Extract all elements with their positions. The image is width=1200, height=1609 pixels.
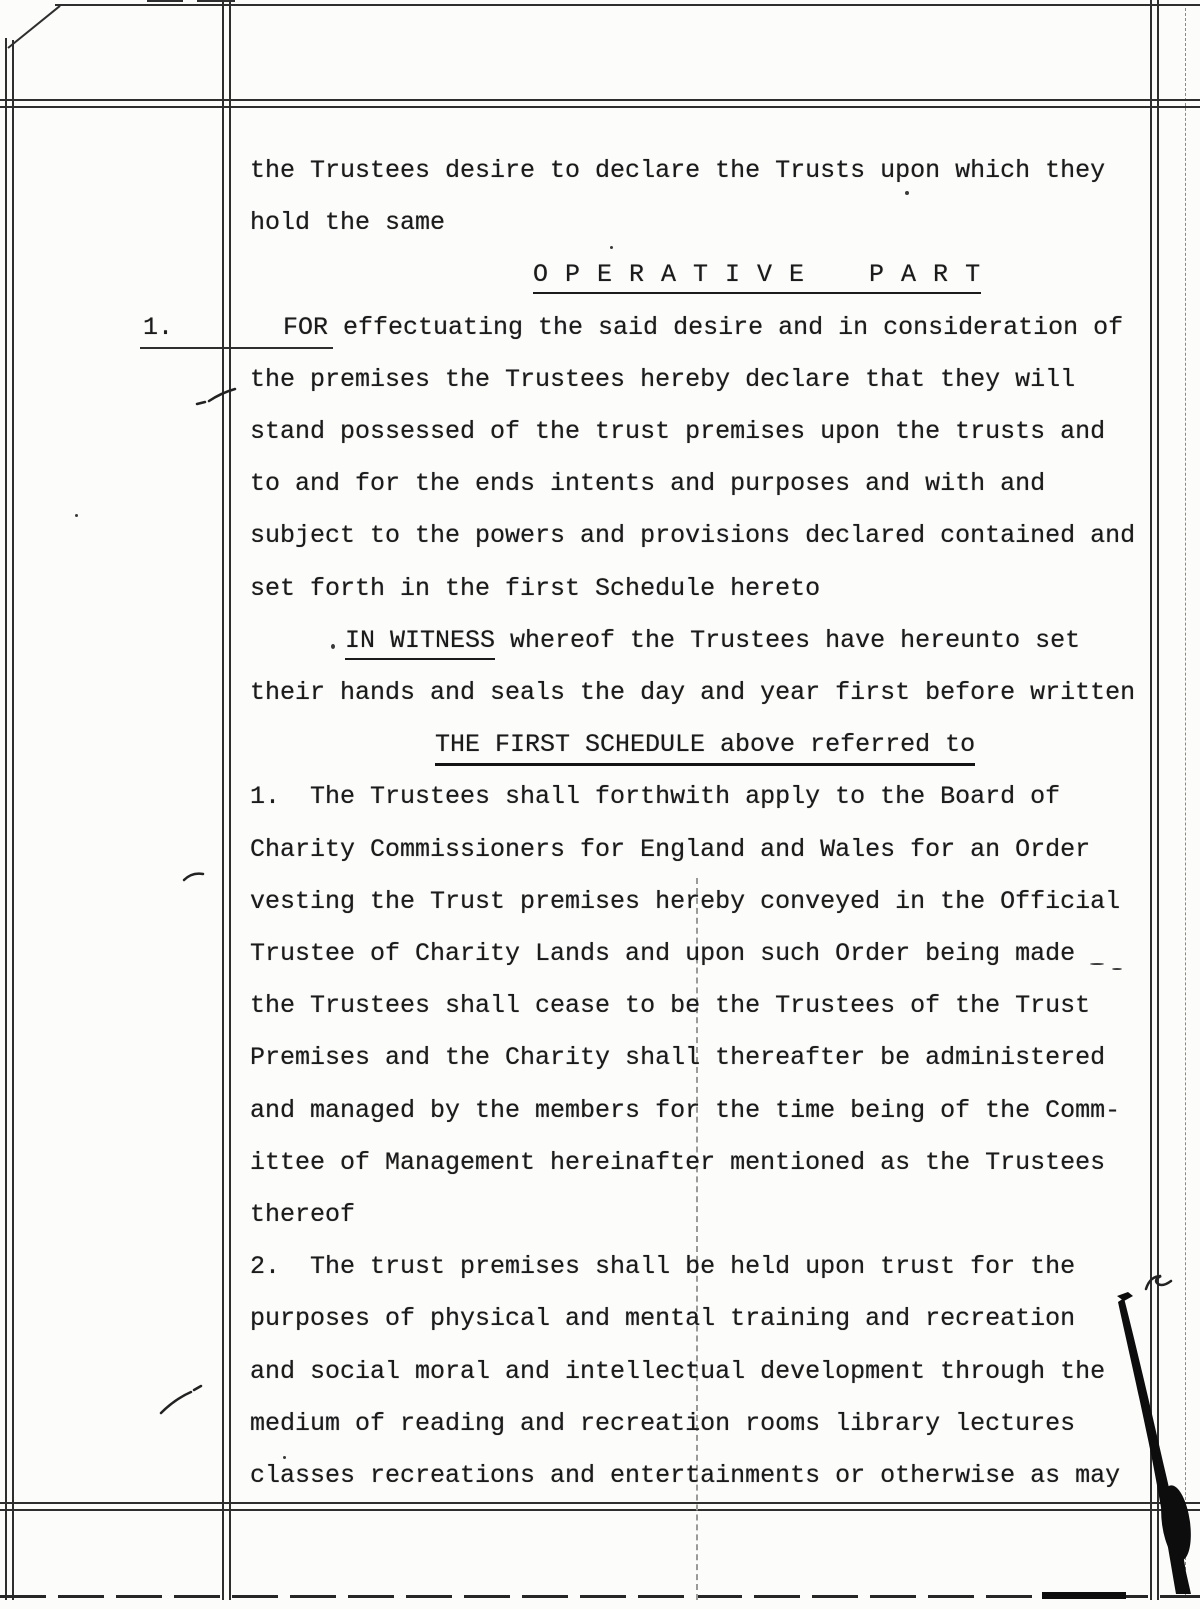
pen-curl-mark-icon: [1146, 1276, 1171, 1289]
pen-tick-middle-icon: [184, 874, 203, 880]
ink-stroke-tip: [1117, 1292, 1133, 1301]
pen-tick-lower-icon: [161, 1386, 201, 1413]
scanned-document-page: 1. the Trustees desire to declare the Tr…: [0, 0, 1200, 1609]
annotation-layer: [0, 0, 1200, 1609]
ink-smudge-bottom: [1042, 1592, 1126, 1599]
pen-tick-upper-icon: [197, 389, 235, 404]
